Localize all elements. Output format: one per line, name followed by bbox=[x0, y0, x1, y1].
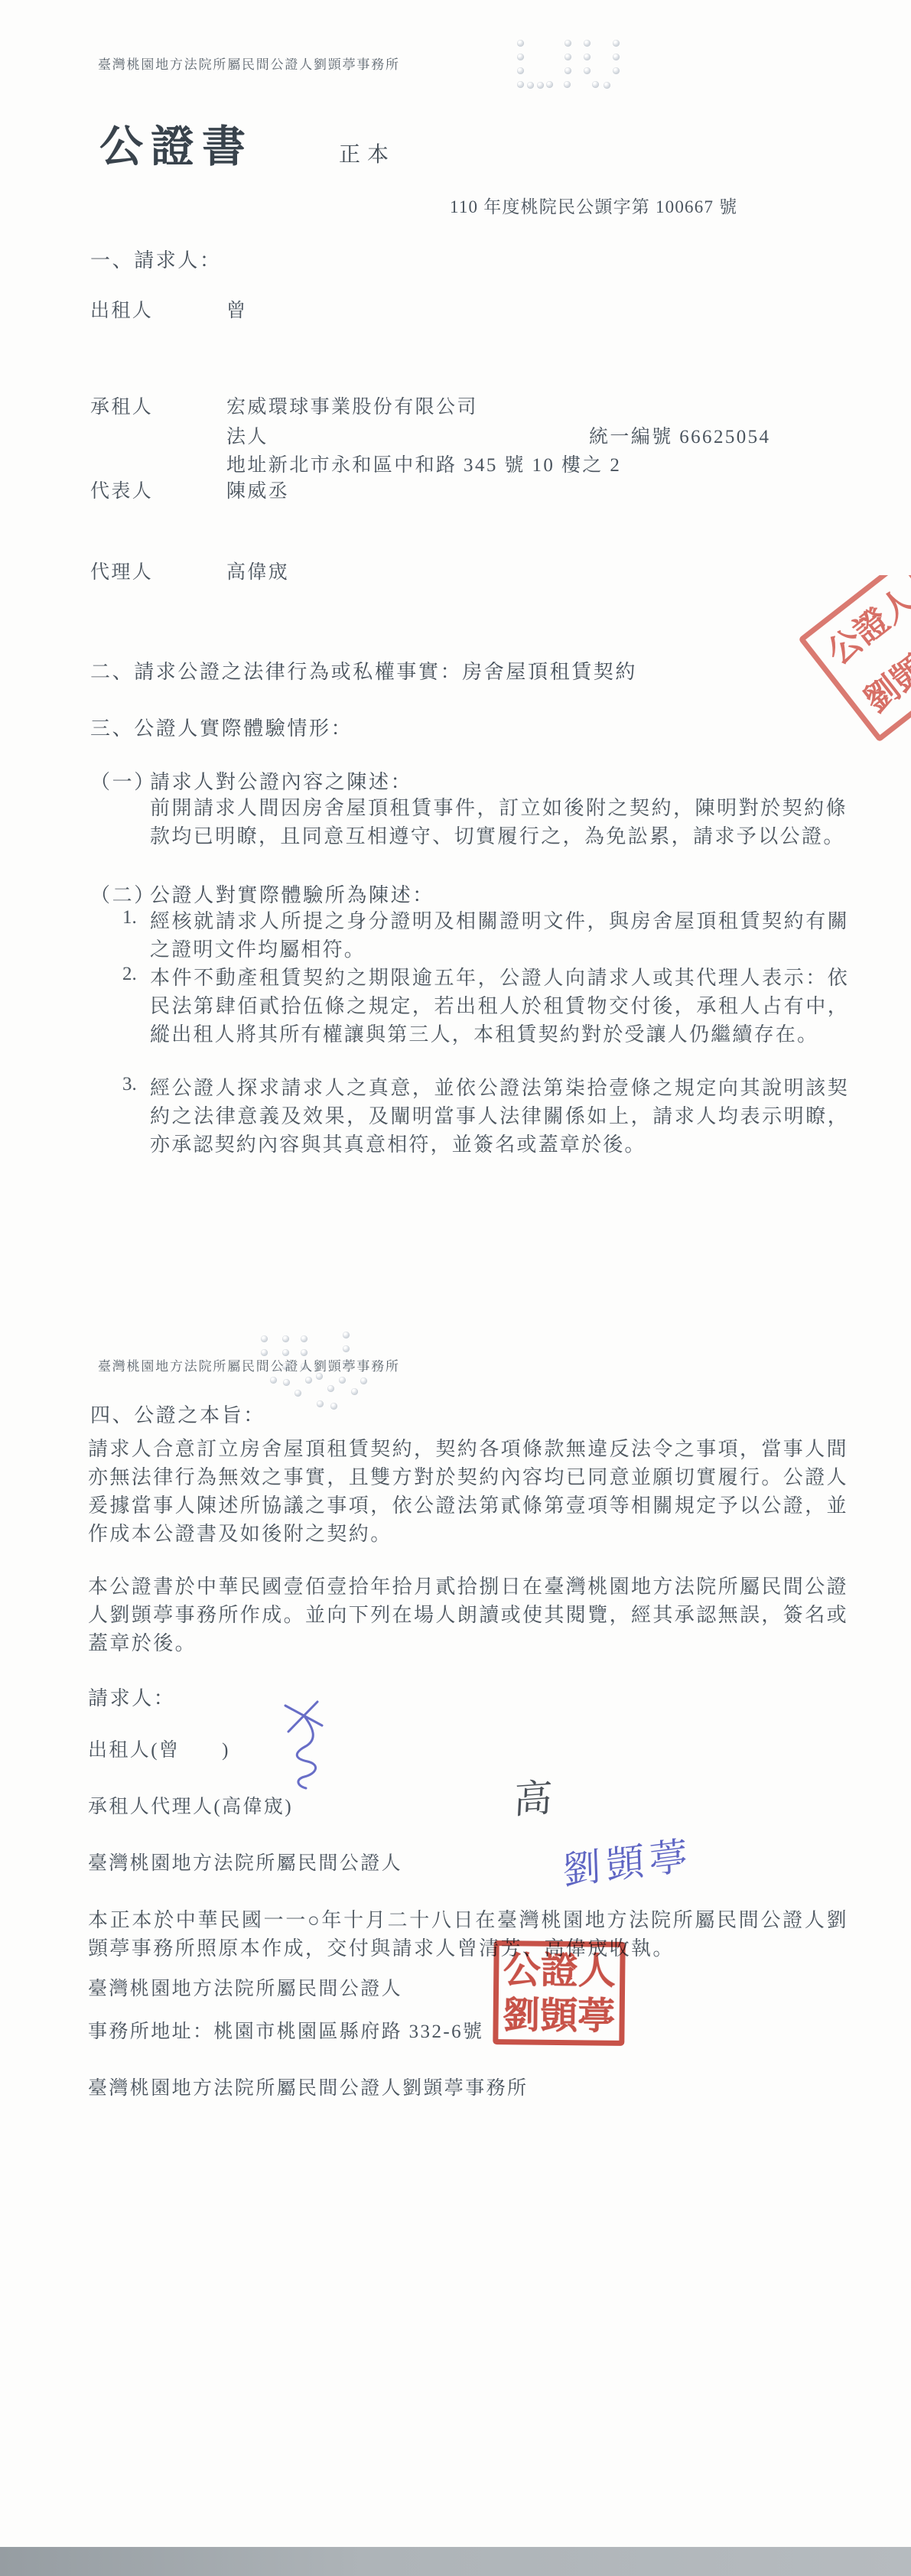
emboss-dot bbox=[613, 40, 620, 47]
sub1-label: （一） bbox=[90, 766, 156, 795]
emboss-dot bbox=[343, 1345, 350, 1352]
experience-item-2: 2. 本件不動產租賃契約之期限逾五年，公證人向請求人或其代理人表示：依民法第肆佰… bbox=[122, 964, 849, 1049]
emboss-dot bbox=[517, 54, 524, 60]
notary-line-2: 臺灣桃園地方法院所屬民間公證人 bbox=[88, 1973, 402, 2001]
representative-role-label: 代表人 bbox=[90, 476, 153, 503]
emboss-dot bbox=[261, 1335, 268, 1342]
notary-red-seal-square: 公證人 劉顗葶 bbox=[493, 1940, 625, 2046]
lessee-address: 地址新北市永和區中和路 345 號 10 樓之 2 bbox=[226, 450, 621, 477]
notary-line: 臺灣桃園地方法院所屬民間公證人 bbox=[88, 1848, 402, 1875]
emboss-dot bbox=[517, 67, 524, 74]
emboss-dot bbox=[613, 67, 620, 74]
copy-issue-paragraph: 本正本於中華民國一一○年十月二十八日在臺灣桃園地方法院所屬民間公證人劉顗葶事務所… bbox=[88, 1906, 848, 1963]
agent-sign-label: 承租人代理人(高偉宬) bbox=[88, 1791, 293, 1819]
emboss-dot bbox=[584, 67, 591, 74]
lessor-sign-label: 出租人(曾 ) bbox=[88, 1735, 230, 1762]
sub1-title: 請求人對公證內容之陳述： bbox=[150, 766, 412, 795]
emboss-dot bbox=[317, 1400, 324, 1407]
sub2-title: 公證人對實際體驗所為陳述： bbox=[150, 880, 434, 908]
seal-row1: 公證人 bbox=[502, 1951, 617, 1990]
notary-red-seal-rotated-box: 公證人 劉顗葶 bbox=[798, 575, 911, 742]
emboss-dot bbox=[351, 1388, 358, 1395]
agent-name: 高偉宬 bbox=[226, 557, 289, 584]
emboss-dot bbox=[546, 81, 553, 88]
copy-type-label: 正本 bbox=[339, 138, 395, 168]
agent-handwritten-signature: 高 bbox=[512, 1767, 554, 1825]
item-number: 3. bbox=[122, 1074, 150, 1159]
emboss-dot bbox=[527, 82, 534, 89]
emboss-dot bbox=[564, 67, 571, 74]
emboss-dot bbox=[294, 1390, 301, 1397]
emboss-dot bbox=[584, 54, 591, 60]
item-text: 經核就請求人所提之身分證明及相關證明文件，與房舍屋頂租賃契約有關之證明文件均屬相… bbox=[150, 907, 849, 964]
emboss-dot bbox=[360, 1377, 367, 1384]
section4-heading: 四、公證之本旨： bbox=[90, 1400, 265, 1428]
emboss-dot bbox=[305, 1377, 312, 1384]
office-header-page2: 臺灣桃園地方法院所屬民間公證人劉顗葶事務所 bbox=[98, 1355, 400, 1374]
representative-name: 陳威丞 bbox=[226, 476, 289, 503]
emboss-dot bbox=[283, 1379, 290, 1386]
office-header-page1: 臺灣桃園地方法院所屬民間公證人劉顗葶事務所 bbox=[98, 54, 400, 73]
seal-row2: 劉顗葶 bbox=[501, 1996, 617, 2035]
document-title: 公證書 bbox=[99, 112, 253, 174]
emboss-dot bbox=[339, 1377, 346, 1384]
lessee-role-label: 承租人 bbox=[90, 392, 153, 419]
emboss-dot bbox=[604, 82, 610, 89]
item-number: 1. bbox=[122, 907, 150, 964]
experience-item-3: 3. 經公證人探求請求人之真意，並依公證法第柒拾壹條之規定向其說明該契約之法律意… bbox=[122, 1074, 849, 1159]
emboss-dot bbox=[613, 54, 620, 60]
section4-para1: 請求人合意訂立房舍屋頂租賃契約，契約各項條款無違反法令之事項，當事人間亦無法律行… bbox=[88, 1435, 848, 1548]
emboss-dot bbox=[564, 81, 571, 88]
emboss-dot bbox=[330, 1403, 337, 1410]
agent-role-label: 代理人 bbox=[90, 557, 153, 584]
lessee-entity-type: 法人 bbox=[226, 421, 268, 449]
scan-edge-bar bbox=[0, 2547, 911, 2576]
emboss-dot bbox=[301, 1335, 307, 1342]
emboss-dot bbox=[343, 1332, 350, 1338]
notary-handwritten-signature: 劉顗葶 bbox=[561, 1824, 693, 1895]
lessor-name: 曾 bbox=[226, 295, 247, 323]
lessee-company-name: 宏威環球事業股份有限公司 bbox=[226, 392, 478, 419]
item-number: 2. bbox=[122, 964, 150, 1049]
section1-heading: 一、請求人： bbox=[90, 245, 222, 273]
section2-heading: 二、請求公證之法律行為或私權事實：房舍屋頂租賃契約 bbox=[90, 656, 637, 685]
sub2-label: （二） bbox=[90, 880, 156, 908]
emboss-dot bbox=[517, 40, 524, 47]
emboss-dot bbox=[584, 40, 591, 47]
section4-para2: 本公證書於中華民國壹佰壹拾年拾月貳拾捌日在臺灣桃園地方法院所屬民間公證人劉顗葶事… bbox=[88, 1573, 848, 1657]
notary-red-seal-rotated: 公證人 劉顗葶 bbox=[795, 575, 911, 742]
emboss-dot bbox=[517, 81, 524, 88]
emboss-dot bbox=[537, 82, 544, 89]
notarial-certificate-scan: 臺灣桃園地方法院所屬民間公證人劉顗葶事務所 公證書 正本 110 年度桃院民公顗… bbox=[0, 0, 911, 2576]
item-text: 本件不動產租賃契約之期限逾五年，公證人向請求人或其代理人表示：依民法第肆佰貳拾伍… bbox=[150, 964, 849, 1049]
emboss-dot bbox=[282, 1335, 289, 1342]
emboss-dot bbox=[564, 40, 571, 47]
case-number: 110 年度桃院民公顗字第 100667 號 bbox=[450, 193, 737, 218]
emboss-dot bbox=[564, 54, 571, 60]
section3-heading: 三、公證人實際體驗情形： bbox=[90, 713, 353, 741]
lessor-role-label: 出租人 bbox=[90, 295, 153, 323]
lessee-uniform-number: 統一編號 66625054 bbox=[589, 421, 770, 449]
footer-office-line: 臺灣桃園地方法院所屬民間公證人劉顗葶事務所 bbox=[88, 2073, 528, 2100]
experience-item-1: 1. 經核就請求人所提之身分證明及相關證明文件，與房舍屋頂租賃契約有關之證明文件… bbox=[122, 907, 849, 964]
emboss-dot bbox=[270, 1377, 277, 1384]
lessor-handwritten-signature bbox=[272, 1699, 342, 1793]
emboss-dot bbox=[592, 81, 599, 88]
item-text: 經公證人探求請求人之真意，並依公證法第柒拾壹條之規定向其說明該契約之法律意義及效… bbox=[150, 1074, 849, 1159]
office-address: 事務所地址：桃園市桃園區縣府路 332-6號 bbox=[88, 2016, 483, 2044]
sub1-body: 前開請求人間因房舍屋頂租賃事件，訂立如後附之契約，陳明對於契約條款均已明瞭，且同… bbox=[150, 794, 848, 851]
emboss-dot bbox=[327, 1385, 334, 1392]
requester-heading: 請求人： bbox=[88, 1683, 175, 1711]
